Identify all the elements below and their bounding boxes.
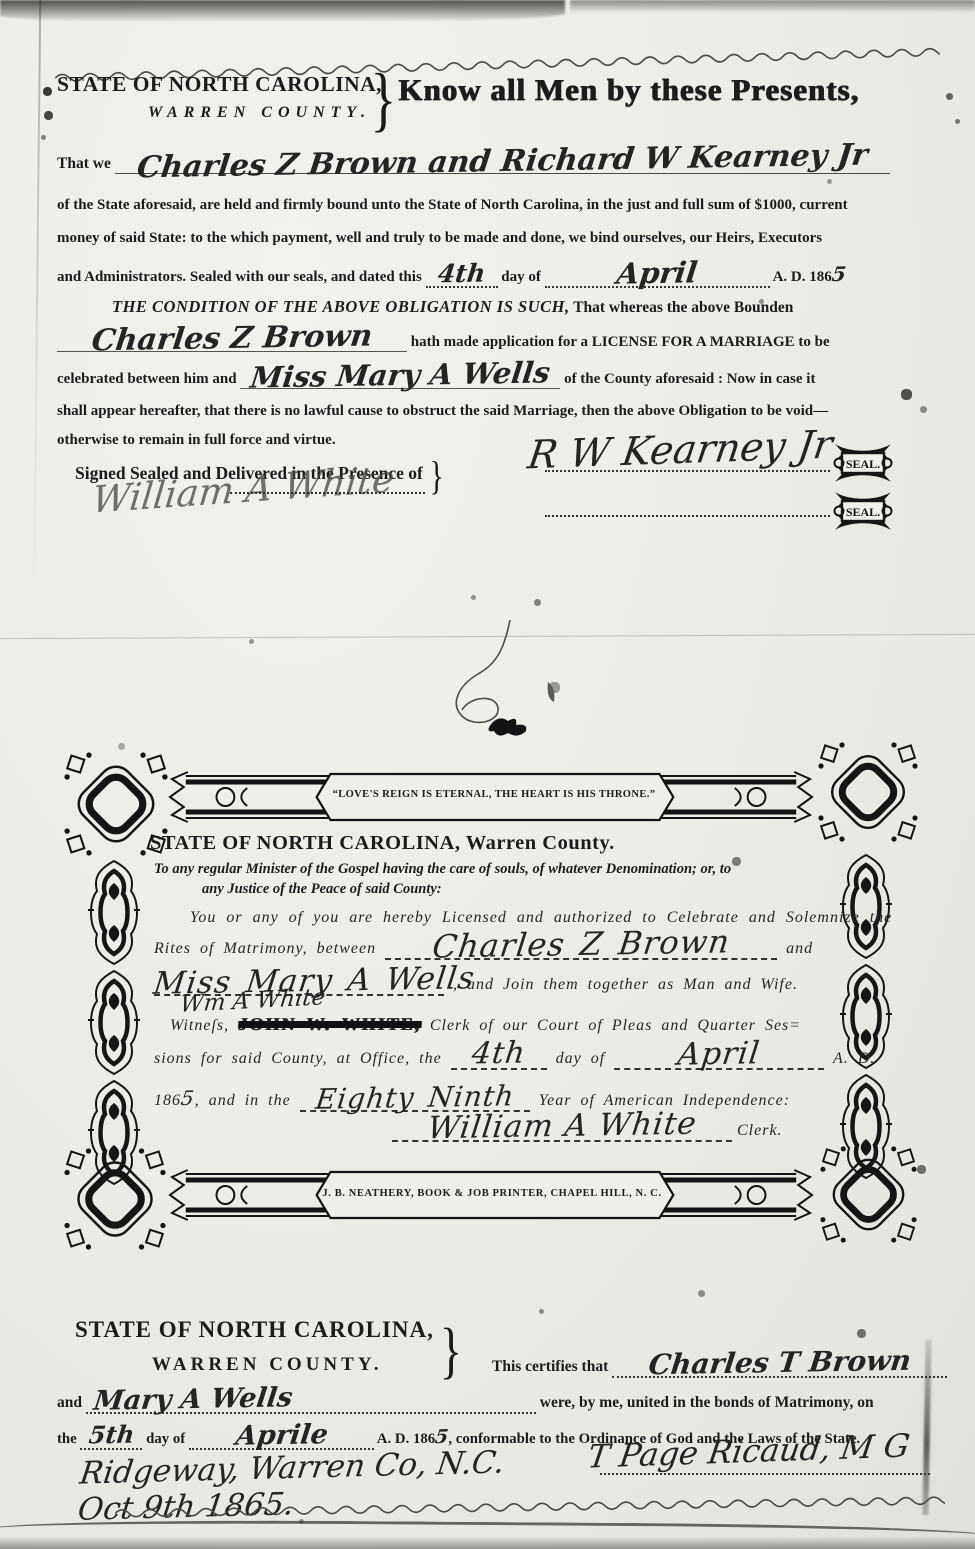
return-bride-fill: Mary A Wells [86,1394,536,1414]
corner-ornament-bottom-left [64,1148,166,1250]
clerk-signature-fill: William A White [392,1122,732,1142]
day-of-label: day of [501,269,541,285]
ad-label: A. D. 186 [773,269,832,285]
applicant-rule: Charles Z Brown [57,334,407,352]
clerk-text: Clerk of our Court of Pleas and Quarter … [430,1017,801,1034]
principals-rule: Charles Z Brown and Richard W Kearney Jr [115,155,890,174]
return-month-handwritten: Aprile [235,1435,327,1437]
license-sions-line: sions for said County, at Office, the 4t… [154,1050,875,1070]
bond-dated-line: and Administrators. Sealed with our seal… [57,262,846,288]
celebrated-post: of the County aforesaid : Now in case it [564,371,815,387]
day-handwritten: 4th [438,274,485,275]
return-certifies-line: This certifies that Charles T Brown [492,1358,947,1378]
bond-condition-line3: shall appear hereafter, that there is no… [57,403,828,420]
join-text: , and Join them together as Man and Wife… [453,976,798,993]
license-addressee-line1: To any regular Minister of the Gospel ha… [154,861,731,878]
and-in-the: , and in the [195,1092,291,1109]
motto-text: “LOVE'S REIGN IS ETERNAL, THE HEART IS H… [324,789,664,800]
bride-signature: Miss Mary A Wells [251,372,550,377]
rites-pre: Rites of Matrimony, between [154,940,376,957]
year-printed: 186 [154,1092,181,1109]
witness-word: Witneſs, [170,1017,229,1034]
return-state-heading: STATE OF NORTH CAROLINA, [75,1317,434,1343]
clerk-signature: William A White [427,1124,696,1129]
return-ad-label: A. D. 186 [377,1431,435,1447]
side-border-right [834,852,898,1182]
bride-rule: Miss Mary A Wells [240,371,560,389]
return-brace: } [436,1316,466,1387]
license-month-handwritten: April [678,1053,760,1054]
dust-specks [0,0,3,3]
license-clerk-signature-line: William A White Clerk. [392,1122,783,1142]
return-county-heading: WARREN COUNTY. [152,1354,383,1376]
return-and: and [57,1394,82,1411]
license-witness-line: Witneſs, JOHN W. WHITE, Clerk of our Cou… [170,1014,801,1035]
rites-and: and [786,940,813,957]
license-day-of: day of [556,1050,606,1067]
witness-brace: } [430,452,444,499]
condition-rest: That whereas the above Bounden [570,299,794,316]
license-day-handwritten: 4th [472,1054,526,1055]
return-groom-fill: Charles T Brown [612,1358,947,1378]
that-we-label: That we [57,155,111,172]
bond-condition-line1: THE CONDITION OF THE ABOVE OBLIGATION IS… [112,297,793,317]
return-month-fill: Aprile [189,1431,374,1450]
celebrated-pre: celebrated between him and [57,371,237,387]
bond-celebrated-line: celebrated between him and Miss Mary A W… [57,371,815,389]
application-text: hath made application for a LICENSE FOR … [411,334,830,350]
license-addressee-line2: any Justice of the Peace of said County: [202,881,442,898]
printer-credit: J. B. NEATHERY, BOOK & JOB PRINTER, CHAP… [302,1188,682,1199]
bond-body-line2: money of said State: to the which paymen… [57,230,822,247]
bond-blackletter-title: Know all Men by these Presents, [398,72,859,108]
license-title: STATE OF NORTH CAROLINA, Warren County. [150,832,615,855]
return-bride-line: and Mary A Wells were, by me, united in … [57,1394,874,1414]
license-body-line1: You or any of you are hereby Licensed an… [190,909,892,927]
condition-heading: THE CONDITION OF THE ABOVE OBLIGATION IS… [112,297,570,316]
corner-ornament-top-right [818,742,918,842]
independence-handwritten: Eighty Ninth [315,1096,514,1099]
month-handwritten: April [617,272,697,273]
bond-condition-line4: otherwise to remain in full force and vi… [57,432,336,449]
month-fill: April [545,269,770,288]
license-rites-line: Rites of Matrimony, between Charles Z Br… [154,940,813,960]
side-border-left [82,858,146,1188]
sions-pre: sions for said County, at Office, the [154,1050,442,1067]
certifies-pre: This certifies that [492,1358,608,1375]
ad-year-handwritten: 5 [830,262,847,286]
bond-county-heading: WARREN COUNTY. [148,104,371,122]
principals-signature: Charles Z Brown and Richard W Kearney Jr [137,156,867,169]
return-bride-signature: Mary A Wells [94,1398,293,1401]
bond-state-heading: STATE OF NORTH CAROLINA, [57,72,382,97]
clerk-name-struck: JOHN W. WHITE, [237,1014,421,1035]
license-day-fill: 4th [451,1050,547,1070]
groom-signature: Charles Z Brown [432,941,729,946]
return-day-handwritten: 5th [89,1435,134,1436]
return-the: the [57,1431,77,1447]
day-fill: 4th [426,269,498,288]
return-date-handwritten: Oct 9th 1865. [76,1486,297,1528]
applicant-signature: Charles Z Brown [92,337,373,342]
year-hand: 5 [180,1086,197,1110]
dated-pre: and Administrators. Sealed with our seal… [57,269,422,285]
clerk-label: Clerk. [737,1122,783,1139]
bond-applicant-line: Charles Z Brown hath made application fo… [57,334,830,352]
bond-that-we-line: That we Charles Z Brown and Richard W Ke… [57,155,890,174]
scanned-document-page: { "colors":{"ink":"#1c1c1c","paper":"#ed… [0,0,975,1549]
return-day-fill: 5th [80,1431,142,1450]
groom-fill: Charles Z Brown [385,940,777,960]
return-groom-signature: Charles T Brown [648,1361,910,1366]
license-ad-label: A. D. [833,1050,875,1067]
bond-header-brace: } [366,58,401,141]
license-bride-signature: Miss Mary A Wells [154,978,475,984]
bond-body-line1: of the State aforesaid, are held and fir… [57,197,848,214]
return-day-of: day of [146,1431,185,1447]
license-month-fill: April [614,1050,824,1070]
corner-ornament-bottom-right [820,1146,917,1243]
united-text: were, by me, united in the bonds of Matr… [540,1394,874,1411]
license-certificate: “LOVE'S REIGN IS ETERNAL, THE HEART IS H… [62,742,920,1247]
